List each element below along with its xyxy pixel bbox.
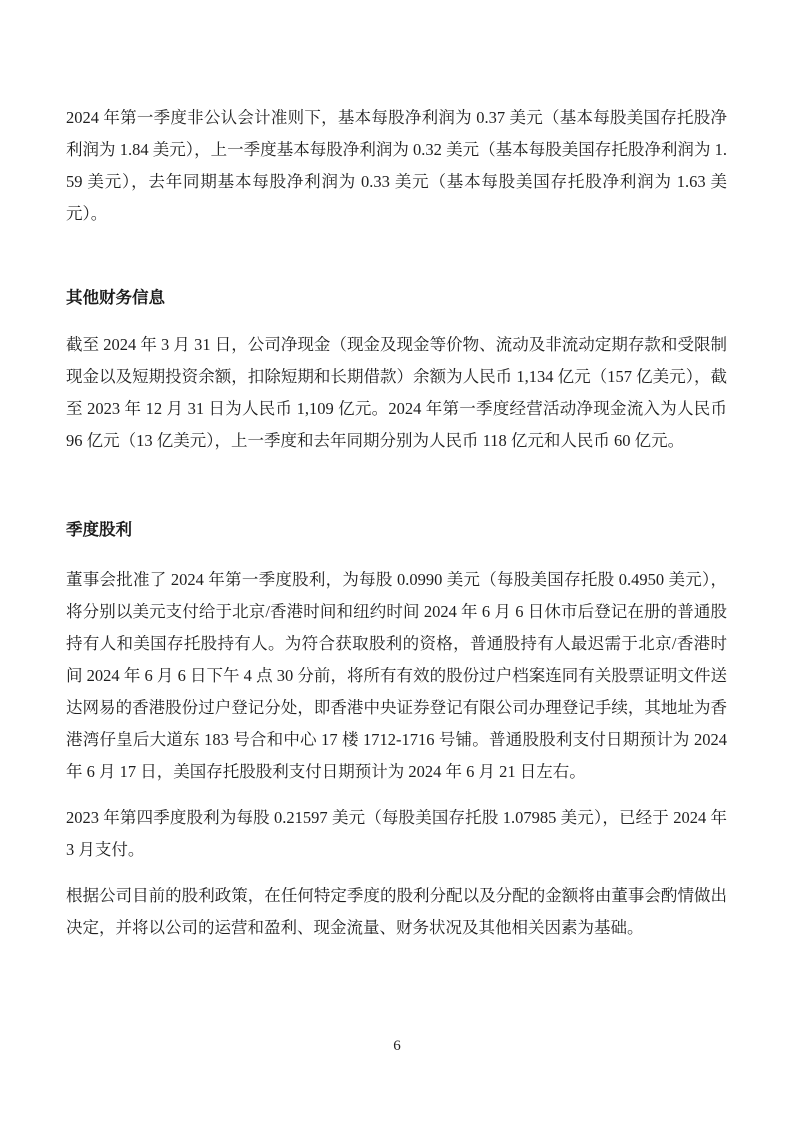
section-heading-other-financial-info: 其他财务信息 — [66, 282, 727, 314]
document-page: 2024 年第一季度非公认会计准则下，基本每股净利润为 0.37 美元（基本每股… — [0, 0, 794, 1123]
page-number: 6 — [0, 1036, 794, 1056]
paragraph-net-cash: 截至 2024 年 3 月 31 日，公司净现金（现金及现金等价物、流动及非流动… — [66, 329, 727, 457]
paragraph-non-gaap-eps: 2024 年第一季度非公认会计准则下，基本每股净利润为 0.37 美元（基本每股… — [66, 102, 727, 230]
section-heading-quarterly-dividend: 季度股利 — [66, 514, 727, 546]
paragraph-dividend-q1-2024: 董事会批准了 2024 年第一季度股利，为每股 0.0990 美元（每股美国存托… — [66, 564, 727, 788]
paragraph-dividend-policy: 根据公司目前的股利政策，在任何特定季度的股利分配以及分配的金额将由董事会酌情做出… — [66, 880, 727, 944]
paragraph-dividend-q4-2023: 2023 年第四季度股利为每股 0.21597 美元（每股美国存托股 1.079… — [66, 802, 727, 866]
